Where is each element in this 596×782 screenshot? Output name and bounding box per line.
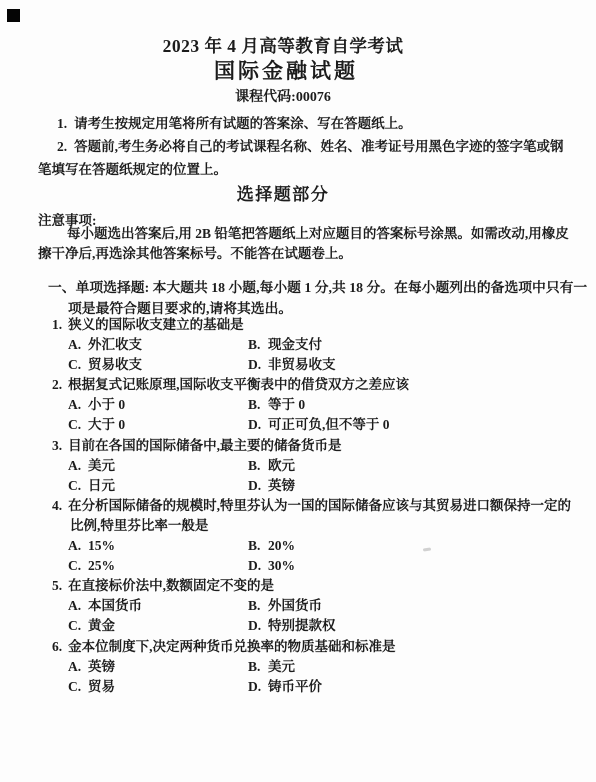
question-options: A.英镑 B.美元 C.贸易 D.铸币平价 [68,657,572,697]
instruction-text: 答题前,考生务必将自己的考试课程名称、姓名、准考证号用黑色字迹的签字笔或钢笔填写… [38,139,564,177]
question-text: 金本位制度下,决定两种货币兑换率的物质基础和标准是 [68,639,395,654]
option-d: D.铸币平价 [248,677,572,697]
option-text: 可正可负,但不等于 0 [268,417,390,432]
option-label: C. [68,415,88,435]
option-label: D. [248,415,268,435]
question-number: 6. [52,639,62,654]
question-options: A.美元 B.欧元 C.日元 D.英镑 [68,456,572,496]
question-text: 狭义的国际收支建立的基础是 [68,317,244,332]
question-2: 2.根据复式记账原理,国际收支平衡表中的借贷双方之差应该 A.小于 0 B.等于… [52,375,572,435]
option-text: 贸易收支 [88,357,142,372]
option-a: A.15% [68,536,248,556]
option-label: B. [248,335,268,355]
option-label: D. [248,476,268,496]
option-text: 大于 0 [88,417,125,432]
question-1: 1.狭义的国际收支建立的基础是 A.外汇收支 B.现金支付 C.贸易收支 D.非… [52,315,572,375]
question-5: 5.在直接标价法中,数额固定不变的是 A.本国货币 B.外国货币 C.黄金 D.… [52,576,572,636]
option-text: 铸币平价 [268,679,322,694]
option-label: D. [248,677,268,697]
option-d: D.英镑 [248,476,572,496]
question-options: A.小于 0 B.等于 0 C.大于 0 D.可正可负,但不等于 0 [68,395,572,435]
question-stem: 2.根据复式记账原理,国际收支平衡表中的借贷双方之差应该 [52,375,572,395]
question-text: 在直接标价法中,数额固定不变的是 [68,578,274,593]
option-text: 外汇收支 [88,337,142,352]
option-label: B. [248,456,268,476]
option-label: A. [68,456,88,476]
question-options: A.本国货币 B.外国货币 C.黄金 D.特别提款权 [68,596,572,636]
option-label: A. [68,335,88,355]
option-c: C.贸易 [68,677,248,697]
option-text: 本国货币 [88,598,142,613]
option-text: 非贸易收支 [268,357,336,372]
option-c: C.贸易收支 [68,355,248,375]
course-code: 课程代码:00076 [0,86,566,106]
exam-title: 国际金融试题 [0,55,569,85]
option-label: C. [68,355,88,375]
question-options: A.外汇收支 B.现金支付 C.贸易收支 D.非贸易收支 [68,335,572,375]
question-text: 目前在各国的国际储备中,最主要的储备货币是 [68,438,341,453]
option-d: D.非贸易收支 [248,355,572,375]
option-text: 美元 [88,458,115,473]
question-stem: 3.目前在各国的国际储备中,最主要的储备货币是 [52,436,572,456]
option-d: D.可正可负,但不等于 0 [248,415,572,435]
instruction-number: 1. [57,116,67,131]
option-text: 外国货币 [268,598,322,613]
exam-paper-page: { "colors": { "ink": "#1c1c1c", "paper":… [0,0,596,782]
option-b: B.欧元 [248,456,572,476]
option-label: D. [248,616,268,636]
question-stem: 4.在分析国际储备的规模时,特里芬认为一国的国际储备应该与其贸易进口额保持一定的… [52,496,572,536]
option-d: D.特别提款权 [248,616,572,636]
notes-text: 每小题选出答案后,用 2B 铅笔把答题纸上对应题目的答案标号涂黑。如需改动,用橡… [38,224,573,265]
instruction-item-2: 2.答题前,考生务必将自己的考试课程名称、姓名、准考证号用黑色字迹的签字笔或钢笔… [38,135,572,181]
option-label: A. [68,395,88,415]
option-text: 日元 [88,478,115,493]
option-text: 25% [88,558,115,573]
instruction-text: 请考生按规定用笔将所有试题的答案涂、写在答题纸上。 [74,116,412,131]
question-stem: 1.狭义的国际收支建立的基础是 [52,315,572,335]
question-6: 6.金本位制度下,决定两种货币兑换率的物质基础和标准是 A.英镑 B.美元 C.… [52,637,572,697]
part-one-header: 一、单项选择题: 本大题共 18 小题,每小题 1 分,共 18 分。在每小题列… [48,278,592,319]
option-text: 小于 0 [88,397,125,412]
option-text: 现金支付 [268,337,322,352]
part-title: 单项选择题: 本大题共 18 小题,每小题 1 分,共 18 分。在每小题列出的… [68,280,587,316]
option-b: B.现金支付 [248,335,572,355]
question-4: 4.在分析国际储备的规模时,特里芬认为一国的国际储备应该与其贸易进口额保持一定的… [52,496,572,576]
option-text: 特别提款权 [268,618,336,633]
option-text: 黄金 [88,618,115,633]
part-number: 一、 [48,280,76,295]
option-label: C. [68,616,88,636]
option-c: C.日元 [68,476,248,496]
option-label: B. [248,536,268,556]
instruction-number: 2. [57,139,67,154]
option-b: B.外国货币 [248,596,572,616]
question-stem: 6.金本位制度下,决定两种货币兑换率的物质基础和标准是 [52,637,572,657]
option-c: C.大于 0 [68,415,248,435]
question-stem: 5.在直接标价法中,数额固定不变的是 [52,576,572,596]
option-a: A.小于 0 [68,395,248,415]
option-label: B. [248,596,268,616]
option-text: 欧元 [268,458,295,473]
option-c: C.黄金 [68,616,248,636]
option-b: B.20% [248,536,572,556]
question-options: A.15% B.20% C.25% D.30% [68,536,572,576]
option-label: C. [68,476,88,496]
option-a: A.本国货币 [68,596,248,616]
option-a: A.美元 [68,456,248,476]
option-label: D. [248,556,268,576]
question-text: 在分析国际储备的规模时,特里芬认为一国的国际储备应该与其贸易进口额保持一定的比例… [68,498,571,533]
option-label: B. [248,657,268,677]
question-number: 5. [52,578,62,593]
option-text: 30% [268,558,295,573]
option-b: B.美元 [248,657,572,677]
question-3: 3.目前在各国的国际储备中,最主要的储备货币是 A.美元 B.欧元 C.日元 D… [52,436,572,496]
option-text: 美元 [268,659,295,674]
option-label: A. [68,657,88,677]
scan-corner-mark [7,9,20,22]
option-label: A. [68,536,88,556]
option-c: C.25% [68,556,248,576]
option-text: 20% [268,538,295,553]
option-label: B. [248,395,268,415]
option-b: B.等于 0 [248,395,572,415]
option-label: A. [68,596,88,616]
option-text: 英镑 [268,478,295,493]
question-number: 1. [52,317,62,332]
option-label: C. [68,556,88,576]
option-a: A.英镑 [68,657,248,677]
question-text: 根据复式记账原理,国际收支平衡表中的借贷双方之差应该 [68,377,409,392]
option-label: D. [248,355,268,375]
option-label: C. [68,677,88,697]
question-number: 4. [52,498,62,513]
question-number: 3. [52,438,62,453]
instruction-item-1: 1.请考生按规定用笔将所有试题的答案涂、写在答题纸上。 [38,112,572,135]
exam-instructions: 1.请考生按规定用笔将所有试题的答案涂、写在答题纸上。 2.答题前,考生务必将自… [38,112,572,181]
question-list: 1.狭义的国际收支建立的基础是 A.外汇收支 B.现金支付 C.贸易收支 D.非… [52,315,572,697]
question-number: 2. [52,377,62,392]
option-text: 等于 0 [268,397,305,412]
section-title: 选择题部分 [0,180,566,205]
option-a: A.外汇收支 [68,335,248,355]
option-text: 15% [88,538,115,553]
option-d: D.30% [248,556,572,576]
option-text: 贸易 [88,679,115,694]
option-text: 英镑 [88,659,115,674]
